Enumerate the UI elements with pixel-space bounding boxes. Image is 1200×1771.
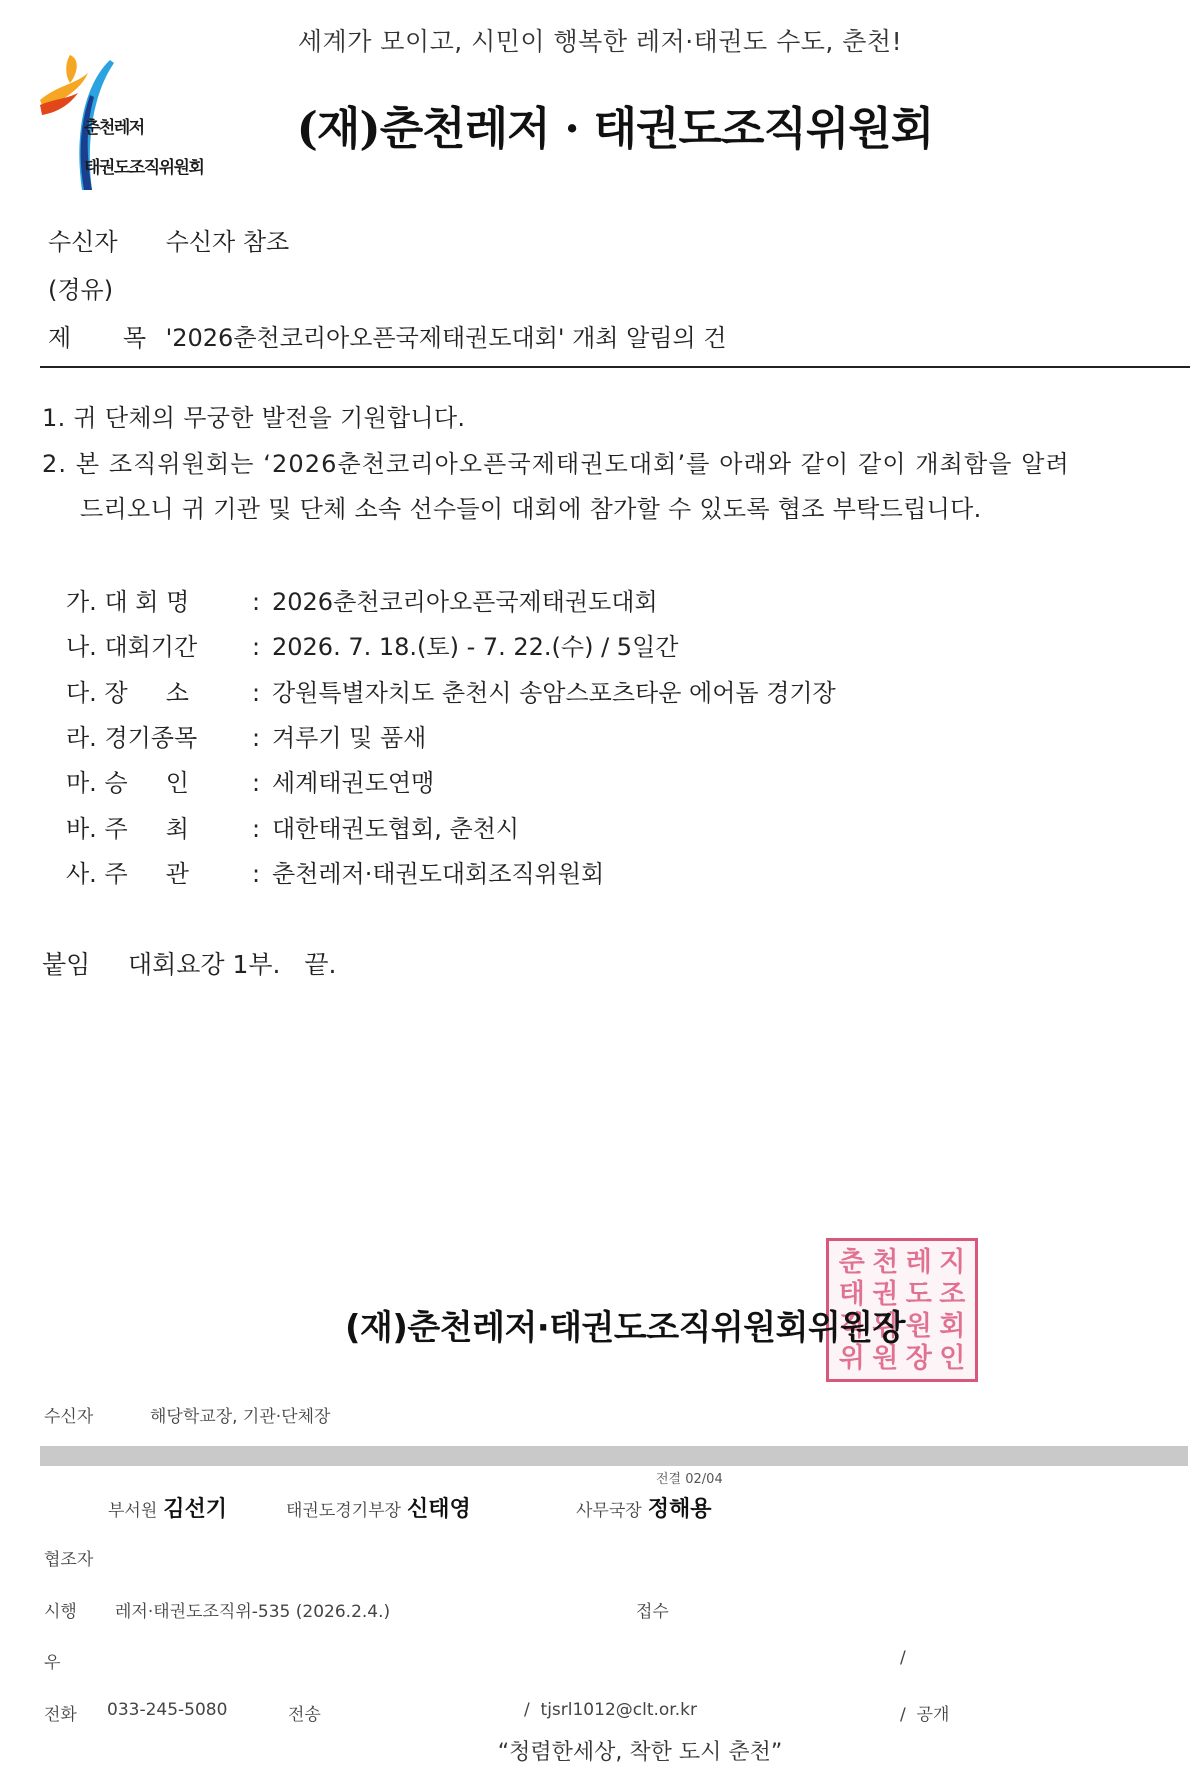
footer-separator-bar — [40, 1446, 1188, 1466]
item-value: 세계태권도연맹 — [272, 769, 434, 797]
city-motto: “청렴한세상, 착한 도시 춘천” — [0, 1735, 1200, 1766]
footer-recipient-label: 수신자 — [44, 1402, 93, 1427]
execution-label: 시행 — [44, 1597, 77, 1622]
slogan: 세계가 모이고, 시민이 행복한 레저·태권도 수도, 춘천! — [0, 22, 1200, 58]
approver-name: 신태영 — [407, 1497, 471, 1522]
via-label: (경유) — [48, 276, 113, 304]
item-venue: 다. 장 소:강원특별자치도 춘천시 송암스포츠타운 에어돔 경기장 — [66, 673, 836, 708]
approver-title: 사무국장 — [576, 1501, 642, 1521]
signer-title: (재)춘천레저·태권도조직위원회위원장 — [345, 1300, 905, 1349]
item-key: 마. 승 인 — [66, 763, 252, 798]
item-value: 겨루기 및 품새 — [272, 724, 426, 752]
approver-name: 김선기 — [163, 1497, 227, 1522]
item-value: 대한태권도협회, 춘천시 — [272, 815, 519, 843]
item-events: 라. 경기종목:겨루기 및 품새 — [66, 718, 426, 753]
approver-staff: 부서원김선기 — [108, 1492, 227, 1523]
approver-secretary-general: 사무국장정해용 — [576, 1492, 711, 1523]
item-value: 2026춘천코리아오픈국제태권도대회 — [272, 588, 658, 616]
subject-row: 제 목 '2026춘천코리아오픈국제태권도대회' 개최 알림의 건 — [48, 318, 726, 353]
recipient-value: 수신자 참조 — [166, 228, 290, 256]
logo-text-line2: 태권도조직위원회 — [84, 157, 203, 179]
header-divider — [40, 366, 1190, 368]
item-approval: 마. 승 인:세계태권도연맹 — [66, 763, 434, 798]
item-key: 사. 주 관 — [66, 854, 252, 889]
item-host: 바. 주 최:대한태권도협회, 춘천시 — [66, 809, 519, 844]
approval-date: 전결 02/04 — [656, 1468, 723, 1487]
disclosure-status: / 공개 — [900, 1700, 949, 1725]
approver-manager: 태권도경기부장신태영 — [286, 1492, 471, 1523]
item-value: 2026. 7. 18.(토) - 7. 22.(수) / 5일간 — [272, 633, 678, 661]
subject-label: 제 목 — [48, 318, 158, 353]
cooperator-label: 협조자 — [44, 1545, 93, 1570]
execution-value: 레저·태권도조직위-535 (2026.2.4.) — [115, 1597, 390, 1622]
paragraph-2-line2: 드리오니 귀 기관 및 단체 소속 선수들이 대회에 참가할 수 있도록 협조 … — [80, 489, 982, 524]
item-event-name: 가. 대 회 명:2026춘천코리아오픈국제태권도대회 — [66, 582, 658, 617]
item-key: 다. 장 소 — [66, 673, 252, 708]
recipient-row: 수신자 수신자 참조 — [48, 222, 289, 257]
attachment-label: 붙임 — [42, 945, 120, 981]
fax-label: 전송 — [288, 1700, 321, 1725]
item-key: 라. 경기종목 — [66, 718, 252, 753]
approver-title: 태권도경기부장 — [286, 1501, 401, 1521]
item-key: 가. 대 회 명 — [66, 582, 252, 617]
recipient-label: 수신자 — [48, 222, 158, 257]
item-value: 강원특별자치도 춘천시 송암스포츠타운 에어돔 경기장 — [272, 679, 836, 707]
organization-title: (재)춘천레저 · 태권도조직위원회 — [0, 92, 1200, 157]
tel-label: 전화 — [44, 1700, 77, 1725]
item-key: 바. 주 최 — [66, 809, 252, 844]
zip-separator: / — [900, 1648, 906, 1668]
item-organizer: 사. 주 관:춘천레저·태권도대회조직위원회 — [66, 854, 604, 889]
footer-recipient-value: 해당학교장, 기관·단체장 — [150, 1402, 330, 1427]
via-row: (경유) — [48, 270, 113, 305]
item-event-period: 나. 대회기간:2026. 7. 18.(토) - 7. 22.(수) / 5일… — [66, 627, 678, 662]
tel-value: 033-245-5080 — [107, 1700, 227, 1720]
email-link[interactable]: / tjsrl1012@clt.or.kr — [524, 1700, 697, 1720]
subject-value: '2026춘천코리아오픈국제태권도대회' 개최 알림의 건 — [166, 324, 727, 352]
approver-title: 부서원 — [108, 1501, 157, 1521]
zip-label: 우 — [44, 1648, 60, 1673]
item-value: 춘천레저·태권도대회조직위원회 — [272, 860, 604, 888]
receipt-label: 접수 — [636, 1597, 669, 1622]
paragraph-1: 1. 귀 단체의 무궁한 발전을 기원합니다. — [42, 398, 465, 433]
approver-name: 정해용 — [648, 1497, 712, 1522]
paragraph-2-line1: 2. 본 조직위원회는 ‘2026춘천코리아오픈국제태권도대회’를 아래와 같이… — [42, 444, 1070, 479]
item-key: 나. 대회기간 — [66, 627, 252, 662]
attachment-row: 붙임 대회요강 1부. 끝. — [42, 945, 336, 981]
attachment-value: 대회요강 1부. 끝. — [128, 950, 337, 979]
